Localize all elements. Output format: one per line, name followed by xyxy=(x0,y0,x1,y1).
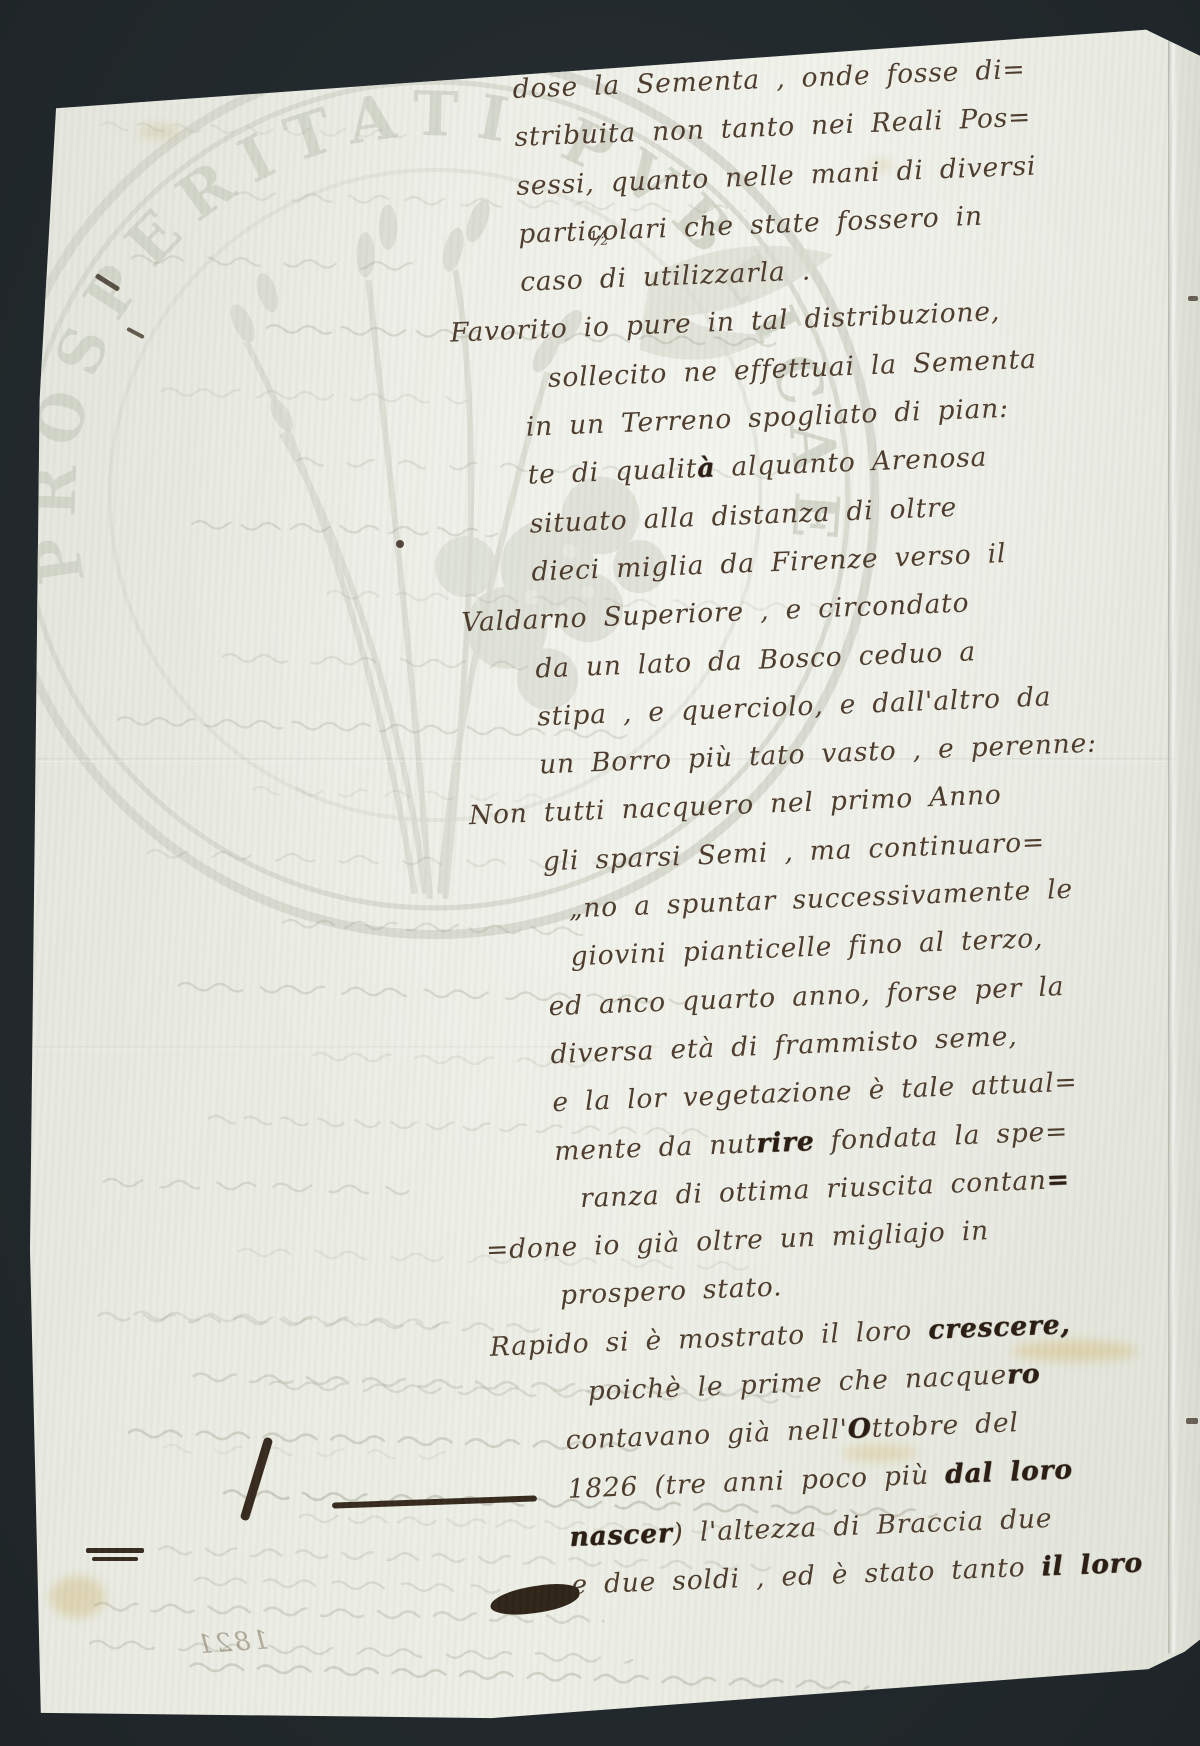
bleedthrough-line xyxy=(128,1430,638,1451)
bleedthrough-line xyxy=(194,1577,500,1593)
overwritten-ink-text: crescere, xyxy=(928,1309,1071,1346)
overwritten-ink-text: O xyxy=(847,1413,872,1445)
bleedthrough-line xyxy=(133,1312,439,1328)
scan-background: PROSPERITATI PVBLICAE xyxy=(0,0,1200,1746)
bleedthrough-line xyxy=(103,1179,409,1195)
ink-text: mente da nut xyxy=(554,1128,757,1167)
manuscript-page: PROSPERITATI PVBLICAE xyxy=(0,0,1200,1746)
bleedthrough-line xyxy=(131,255,437,271)
foxing-stain xyxy=(138,124,180,139)
overwritten-ink-text: nascer xyxy=(569,1518,673,1553)
bleedthrough-line xyxy=(164,1445,470,1461)
handwritten-text: dose la Sementa , onde fosse di=stribuit… xyxy=(512,48,1200,1618)
ink-text: dose la Sementa , onde fosse di= xyxy=(512,54,1026,105)
bleedthrough-line xyxy=(97,1313,539,1332)
ink-dash xyxy=(332,1495,537,1508)
overwritten-ink-text: = xyxy=(1046,1164,1070,1196)
bleedthrough-year: 1821 xyxy=(194,1625,270,1660)
ink-speck xyxy=(126,327,145,339)
bleedthrough-line xyxy=(282,920,588,936)
bleedthrough-line xyxy=(191,521,497,537)
ink-speck xyxy=(95,273,121,292)
bleedthrough-line xyxy=(89,1641,633,1663)
foxing-stain xyxy=(50,1576,105,1618)
overwritten-ink-text: ro xyxy=(1006,1358,1040,1390)
interlinear-insertion: ½ xyxy=(589,225,610,250)
overwritten-ink-text: dal loro xyxy=(944,1454,1073,1490)
ink-text: te di qualit xyxy=(527,453,698,491)
ink-dash xyxy=(86,1548,144,1553)
ink-stroke xyxy=(240,1437,274,1522)
ink-blot xyxy=(489,1581,582,1619)
bleedthrough-line xyxy=(190,1663,870,1689)
overwritten-ink-text: rire xyxy=(756,1125,815,1158)
bleedthrough-line xyxy=(161,388,467,404)
bleedthrough-line xyxy=(101,122,407,138)
overwritten-ink-text: il loro xyxy=(1041,1548,1143,1583)
bleedthrough-line xyxy=(222,654,528,670)
ink-text: ttobre del xyxy=(871,1407,1019,1444)
overwritten-ink-text: à xyxy=(697,453,716,485)
bleedthrough-line xyxy=(94,1603,604,1624)
ink-dash xyxy=(92,1557,138,1561)
ink-speck xyxy=(396,540,404,548)
